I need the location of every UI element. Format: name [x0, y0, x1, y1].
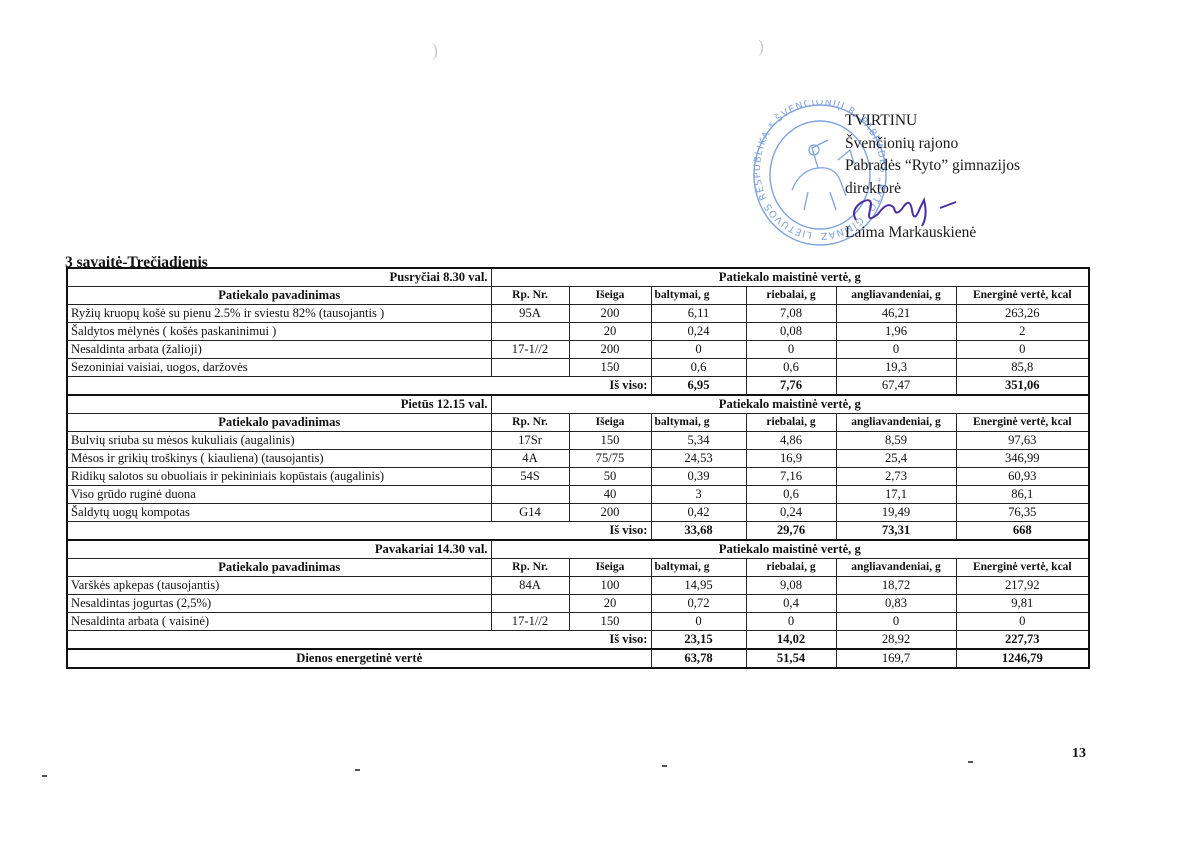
value-angliavandeniai: 1,96 — [836, 323, 956, 341]
dish-name: Ryžių kruopų košė su pienu 2.5% ir svies… — [67, 305, 491, 323]
col-header-name: Patiekalo pavadinimas — [67, 287, 491, 305]
value-angliavandeniai: 25,4 — [836, 450, 956, 468]
col-header-riebalai: riebalai, g — [746, 414, 836, 432]
meal-header-row: Pietūs 12.15 val.Patiekalo maistinė vert… — [67, 395, 1089, 414]
meal-header-row: Pusryčiai 8.30 val.Patiekalo maistinė ve… — [67, 268, 1089, 287]
value-baltymai: 0 — [651, 341, 746, 359]
recipe-number — [491, 595, 569, 613]
total-angliavandeniai: 73,31 — [836, 522, 956, 541]
table-row: Šaldytų uogų kompotasG142000,420,2419,49… — [67, 504, 1089, 522]
total-label: Iš viso: — [67, 522, 651, 541]
recipe-number: 95A — [491, 305, 569, 323]
col-header-riebalai: riebalai, g — [746, 559, 836, 577]
approval-school: Pabradės “Ryto” gimnazijos — [845, 155, 1020, 178]
value-energine: 85,8 — [956, 359, 1089, 377]
value-angliavandeniai: 46,21 — [836, 305, 956, 323]
recipe-number: G14 — [491, 504, 569, 522]
value-energine: 9,81 — [956, 595, 1089, 613]
dish-name: Šaldytų uogų kompotas — [67, 504, 491, 522]
value-angliavandeniai: 19,49 — [836, 504, 956, 522]
value-riebalai: 0,08 — [746, 323, 836, 341]
dish-name: Šaldytos mėlynės ( košės paskaninimui ) — [67, 323, 491, 341]
total-energine: 668 — [956, 522, 1089, 541]
meal-title: Pavakariai 14.30 val. — [67, 540, 491, 559]
daily-total-baltymai: 63,78 — [651, 649, 746, 668]
dish-name: Sezoniniai vaisiai, uogos, daržovės — [67, 359, 491, 377]
dish-name: Nesaldinta arbata ( vaisinė) — [67, 613, 491, 631]
value-riebalai: 7,16 — [746, 468, 836, 486]
total-energine: 227,73 — [956, 631, 1089, 650]
dish-name: Viso grūdo ruginė duona — [67, 486, 491, 504]
total-angliavandeniai: 28,92 — [836, 631, 956, 650]
portion-size: 200 — [569, 305, 651, 323]
total-label: Iš viso: — [67, 631, 651, 650]
meal-title: Pietūs 12.15 val. — [67, 395, 491, 414]
table-row: Mėsos ir grikių troškinys ( kiauliena) (… — [67, 450, 1089, 468]
dish-name: Bulvių sriuba su mėsos kukuliais (augali… — [67, 432, 491, 450]
total-baltymai: 6,95 — [651, 377, 746, 396]
portion-size: 75/75 — [569, 450, 651, 468]
nutrition-group-header: Patiekalo maistinė vertė, g — [491, 395, 1089, 414]
value-angliavandeniai: 8,59 — [836, 432, 956, 450]
recipe-number: 4A — [491, 450, 569, 468]
portion-size: 150 — [569, 432, 651, 450]
recipe-number: 54S — [491, 468, 569, 486]
total-angliavandeniai: 67,47 — [836, 377, 956, 396]
table-row: Varškės apkepas (tausojantis)84A10014,95… — [67, 577, 1089, 595]
col-header-iseiga: Išeiga — [569, 559, 651, 577]
table-row: Nesaldinta arbata ( vaisinė)17-1//215000… — [67, 613, 1089, 631]
value-riebalai: 4,86 — [746, 432, 836, 450]
value-baltymai: 0,72 — [651, 595, 746, 613]
value-baltymai: 6,11 — [651, 305, 746, 323]
value-energine: 263,26 — [956, 305, 1089, 323]
dish-name: Ridikų salotos su obuoliais ir pekininia… — [67, 468, 491, 486]
col-header-angliavandeniai: angliavandeniai, g — [836, 414, 956, 432]
col-header-baltymai: baltymai, g — [651, 559, 746, 577]
recipe-number: 17-1//2 — [491, 341, 569, 359]
col-header-angliavandeniai: angliavandeniai, g — [836, 559, 956, 577]
value-baltymai: 24,53 — [651, 450, 746, 468]
recipe-number: 17Sr — [491, 432, 569, 450]
meal-total-row: Iš viso:23,1514,0228,92227,73 — [67, 631, 1089, 650]
table-row: Ridikų salotos su obuoliais ir pekininia… — [67, 468, 1089, 486]
daily-total-energine: 1246,79 — [956, 649, 1089, 668]
portion-size: 150 — [569, 613, 651, 631]
portion-size: 200 — [569, 341, 651, 359]
signature-icon — [848, 190, 968, 230]
value-energine: 346,99 — [956, 450, 1089, 468]
col-header-name: Patiekalo pavadinimas — [67, 559, 491, 577]
menu-table: Pusryčiai 8.30 val.Patiekalo maistinė ve… — [66, 267, 1090, 669]
value-energine: 0 — [956, 613, 1089, 631]
recipe-number: 84A — [491, 577, 569, 595]
value-riebalai: 0 — [746, 613, 836, 631]
col-header-name: Patiekalo pavadinimas — [67, 414, 491, 432]
recipe-number — [491, 486, 569, 504]
meal-title: Pusryčiai 8.30 val. — [67, 268, 491, 287]
col-header-rp: Rp. Nr. — [491, 414, 569, 432]
col-header-energine: Energinė vertė, kcal — [956, 414, 1089, 432]
nutrition-group-header: Patiekalo maistinė vertė, g — [491, 540, 1089, 559]
table-row: Šaldytos mėlynės ( košės paskaninimui )2… — [67, 323, 1089, 341]
value-baltymai: 5,34 — [651, 432, 746, 450]
recipe-number: 17-1//2 — [491, 613, 569, 631]
scan-dot — [42, 775, 47, 777]
total-riebalai: 29,76 — [746, 522, 836, 541]
total-riebalai: 14,02 — [746, 631, 836, 650]
page-number: 13 — [1072, 746, 1086, 762]
col-header-rp: Rp. Nr. — [491, 559, 569, 577]
value-energine: 217,92 — [956, 577, 1089, 595]
scan-mark: ) — [758, 36, 764, 57]
column-header-row: Patiekalo pavadinimasRp. Nr.Išeigabaltym… — [67, 287, 1089, 305]
total-baltymai: 23,15 — [651, 631, 746, 650]
table-row: Viso grūdo ruginė duona4030,617,186,1 — [67, 486, 1089, 504]
daily-total-angliavandeniai: 169,7 — [836, 649, 956, 668]
col-header-angliavandeniai: angliavandeniai, g — [836, 287, 956, 305]
dish-name: Nesaldintas jogurtas (2,5%) — [67, 595, 491, 613]
value-riebalai: 7,08 — [746, 305, 836, 323]
total-baltymai: 33,68 — [651, 522, 746, 541]
value-energine: 60,93 — [956, 468, 1089, 486]
value-energine: 0 — [956, 341, 1089, 359]
scan-dot — [662, 765, 667, 767]
value-riebalai: 0,4 — [746, 595, 836, 613]
value-riebalai: 0,6 — [746, 486, 836, 504]
value-baltymai: 0 — [651, 613, 746, 631]
value-riebalai: 0,6 — [746, 359, 836, 377]
portion-size: 100 — [569, 577, 651, 595]
value-energine: 2 — [956, 323, 1089, 341]
table-row: Nesaldinta arbata (žalioji)17-1//2200000… — [67, 341, 1089, 359]
portion-size: 20 — [569, 323, 651, 341]
recipe-number — [491, 359, 569, 377]
total-label: Iš viso: — [67, 377, 651, 396]
portion-size: 50 — [569, 468, 651, 486]
col-header-energine: Energinė vertė, kcal — [956, 559, 1089, 577]
col-header-riebalai: riebalai, g — [746, 287, 836, 305]
approval-district: Švenčionių rajono — [845, 133, 1020, 156]
column-header-row: Patiekalo pavadinimasRp. Nr.Išeigabaltym… — [67, 559, 1089, 577]
dish-name: Varškės apkepas (tausojantis) — [67, 577, 491, 595]
col-header-baltymai: baltymai, g — [651, 414, 746, 432]
value-baltymai: 0,6 — [651, 359, 746, 377]
col-header-iseiga: Išeiga — [569, 287, 651, 305]
value-riebalai: 0 — [746, 341, 836, 359]
value-baltymai: 14,95 — [651, 577, 746, 595]
value-riebalai: 16,9 — [746, 450, 836, 468]
value-angliavandeniai: 2,73 — [836, 468, 956, 486]
total-energine: 351,06 — [956, 377, 1089, 396]
table-row: Ryžių kruopų košė su pienu 2.5% ir svies… — [67, 305, 1089, 323]
meal-header-row: Pavakariai 14.30 val.Patiekalo maistinė … — [67, 540, 1089, 559]
value-angliavandeniai: 18,72 — [836, 577, 956, 595]
scan-dot — [968, 761, 973, 763]
portion-size: 40 — [569, 486, 651, 504]
table-row: Nesaldintas jogurtas (2,5%)200,720,40,83… — [67, 595, 1089, 613]
value-angliavandeniai: 19,3 — [836, 359, 956, 377]
portion-size: 200 — [569, 504, 651, 522]
table-row: Bulvių sriuba su mėsos kukuliais (augali… — [67, 432, 1089, 450]
nutrition-group-header: Patiekalo maistinė vertė, g — [491, 268, 1089, 287]
daily-total-riebalai: 51,54 — [746, 649, 836, 668]
value-energine: 76,35 — [956, 504, 1089, 522]
col-header-baltymai: baltymai, g — [651, 287, 746, 305]
recipe-number — [491, 323, 569, 341]
column-header-row: Patiekalo pavadinimasRp. Nr.Išeigabaltym… — [67, 414, 1089, 432]
meal-total-row: Iš viso:6,957,7667,47351,06 — [67, 377, 1089, 396]
meal-total-row: Iš viso:33,6829,7673,31668 — [67, 522, 1089, 541]
value-baltymai: 0,42 — [651, 504, 746, 522]
dish-name: Mėsos ir grikių troškinys ( kiauliena) (… — [67, 450, 491, 468]
value-riebalai: 9,08 — [746, 577, 836, 595]
scan-dot — [355, 769, 360, 771]
col-header-rp: Rp. Nr. — [491, 287, 569, 305]
dish-name: Nesaldinta arbata (žalioji) — [67, 341, 491, 359]
value-baltymai: 3 — [651, 486, 746, 504]
daily-total-row: Dienos energetinė vertė63,7851,54169,712… — [67, 649, 1089, 668]
col-header-iseiga: Išeiga — [569, 414, 651, 432]
scan-mark: ) — [432, 40, 438, 61]
value-riebalai: 0,24 — [746, 504, 836, 522]
approval-heading: TVIRTINU — [845, 110, 1020, 133]
value-energine: 97,63 — [956, 432, 1089, 450]
value-baltymai: 0,24 — [651, 323, 746, 341]
portion-size: 20 — [569, 595, 651, 613]
portion-size: 150 — [569, 359, 651, 377]
value-angliavandeniai: 17,1 — [836, 486, 956, 504]
value-baltymai: 0,39 — [651, 468, 746, 486]
value-angliavandeniai: 0,83 — [836, 595, 956, 613]
value-energine: 86,1 — [956, 486, 1089, 504]
value-angliavandeniai: 0 — [836, 613, 956, 631]
value-angliavandeniai: 0 — [836, 341, 956, 359]
table-row: Sezoniniai vaisiai, uogos, daržovės1500,… — [67, 359, 1089, 377]
total-riebalai: 7,76 — [746, 377, 836, 396]
daily-total-label: Dienos energetinė vertė — [67, 649, 651, 668]
col-header-energine: Energinė vertė, kcal — [956, 287, 1089, 305]
